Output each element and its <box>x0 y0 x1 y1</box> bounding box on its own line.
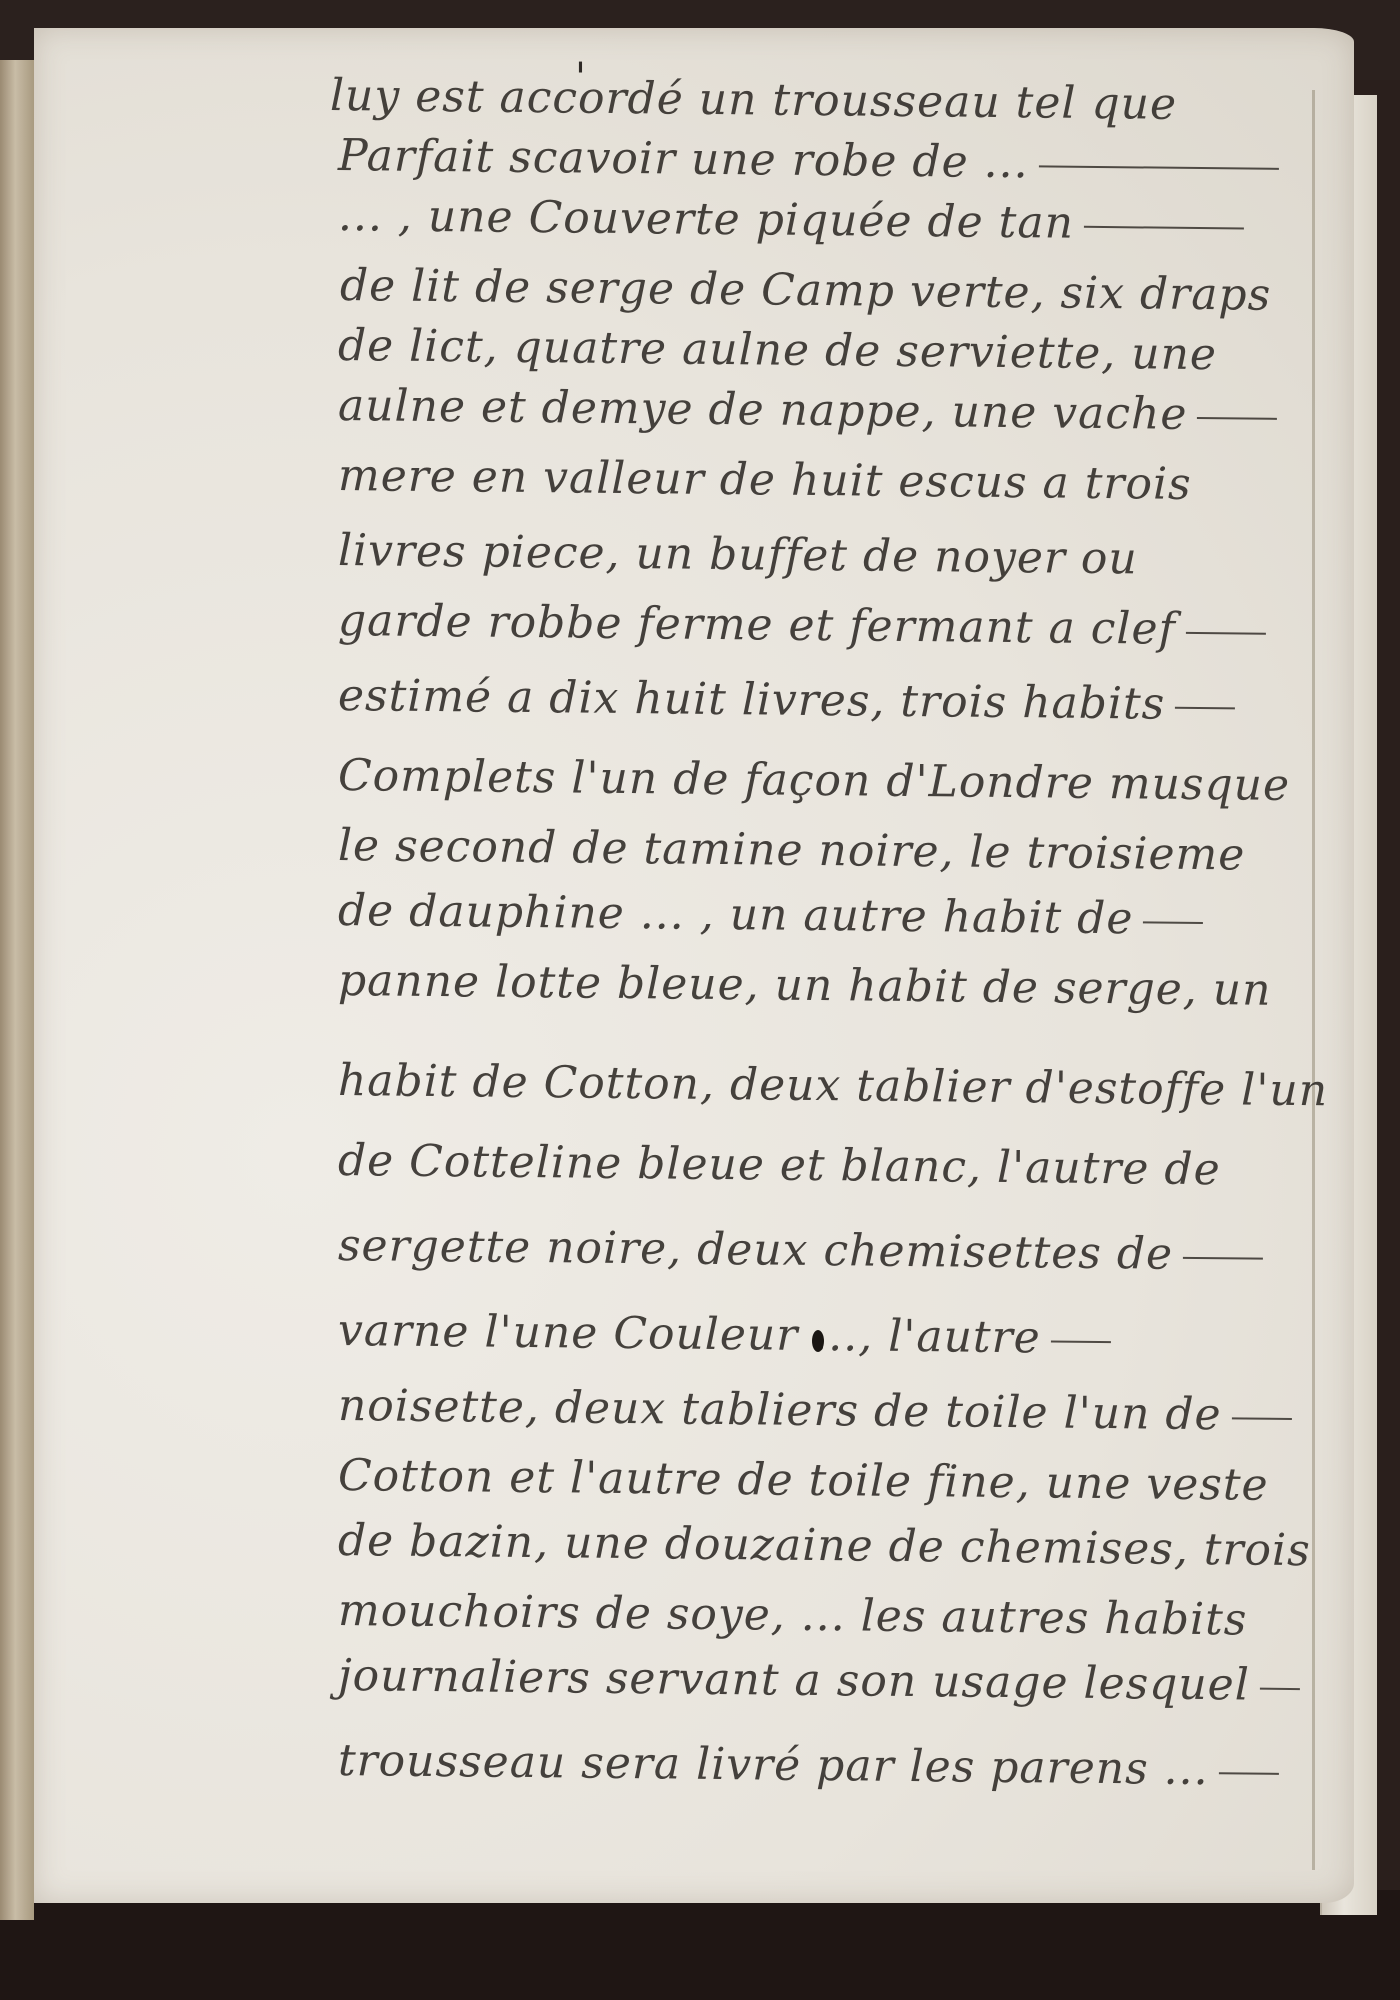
manuscript-line: habit de Cotton, deux tablier d'estoffe … <box>338 1055 1329 1116</box>
line-filler-stroke <box>1183 1256 1263 1259</box>
manuscript-line: mouchoirs de soye, ... les autres habits <box>338 1585 1248 1646</box>
manuscript-line: de Cotteline bleue et blanc, l'autre de <box>338 1135 1221 1195</box>
manuscript-line-text: ... , une Couverte piquée de tan <box>338 190 1074 249</box>
manuscript-line: luy est accordé un trousseau tel que <box>330 70 1178 130</box>
manuscript-line-text: garde robbe ferme et fermant a clef <box>338 595 1176 655</box>
manuscript-line-text: estimé a dix huit livres, trois habits <box>338 670 1166 730</box>
manuscript-line-text: luy est accordé un trousseau tel que <box>330 70 1178 130</box>
manuscript-line: de dauphine ... , un autre habit de <box>338 885 1204 945</box>
manuscript-line: de bazin, une douzaine de chemises, troi… <box>338 1515 1311 1576</box>
manuscript-line-text: Complets l'un de façon d'Londre musque <box>338 750 1291 811</box>
manuscript-line: noisette, deux tabliers de toile l'un de <box>338 1380 1292 1441</box>
manuscript-line: aulne et demye de nappe, une vache <box>338 380 1278 441</box>
manuscript-line-text: varne l'une Couleur ..., l'autre <box>338 1305 1041 1363</box>
manuscript-line-text: de lict, quatre aulne de serviette, une <box>338 320 1218 380</box>
page-fold-line <box>1312 90 1315 1870</box>
manuscript-line-text: mouchoirs de soye, ... les autres habits <box>338 1585 1248 1646</box>
manuscript-line-text: mere en valleur de huit escus a trois <box>338 450 1192 510</box>
manuscript-line-text: livres piece, un buffet de noyer ou <box>338 525 1138 584</box>
manuscript-line-text: habit de Cotton, deux tablier d'estoffe … <box>338 1055 1329 1116</box>
line-filler-stroke <box>1051 1340 1111 1343</box>
manuscript-line: de lit de serge de Camp verte, six draps <box>340 260 1272 321</box>
manuscript-line: Cotton et l'autre de toile fine, une ves… <box>338 1450 1269 1511</box>
line-filler-stroke <box>1232 1417 1292 1420</box>
ink-blot <box>812 1330 824 1352</box>
manuscript-line: sergette noire, deux chemisettes de <box>338 1220 1264 1281</box>
book-cover-bottom <box>0 1890 1400 2000</box>
line-filler-stroke <box>1143 921 1203 924</box>
manuscript-line: le second de tamine noire, le troisieme <box>338 820 1246 880</box>
line-filler-stroke <box>1084 225 1244 229</box>
manuscript-line: panne lotte bleue, un habit de serge, un <box>338 955 1272 1016</box>
line-filler-stroke <box>1186 631 1266 634</box>
manuscript-line-text: panne lotte bleue, un habit de serge, un <box>338 955 1272 1016</box>
manuscript-line: trousseau sera livré par les parens ... <box>338 1735 1279 1796</box>
line-filler-stroke <box>1039 165 1279 170</box>
line-filler-stroke <box>1219 1772 1279 1775</box>
manuscript-line-text: Parfait scavoir une robe de ... <box>338 130 1029 188</box>
manuscript-line: varne l'une Couleur ..., l'autre <box>338 1305 1111 1364</box>
line-filler-stroke <box>1175 706 1235 709</box>
manuscript-line: livres piece, un buffet de noyer ou <box>338 525 1138 584</box>
manuscript-line: estimé a dix huit livres, trois habits <box>338 670 1236 730</box>
manuscript-line-text: sergette noire, deux chemisettes de <box>338 1220 1174 1280</box>
manuscript-line-text: trousseau sera livré par les parens ... <box>338 1735 1209 1795</box>
book-binding-gutter <box>0 60 34 1920</box>
manuscript-line-text: journaliers servant a son usage lesquel <box>338 1650 1250 1711</box>
ink-mark: ' <box>575 55 586 101</box>
manuscript-line-text: le second de tamine noire, le troisieme <box>338 820 1246 880</box>
manuscript-line: garde robbe ferme et fermant a clef <box>338 595 1266 656</box>
manuscript-line-text: Cotton et l'autre de toile fine, une ves… <box>338 1450 1269 1511</box>
line-filler-stroke <box>1197 416 1277 419</box>
manuscript-line-text: de Cotteline bleue et blanc, l'autre de <box>338 1135 1221 1195</box>
manuscript-line-text: aulne et demye de nappe, une vache <box>338 380 1188 440</box>
manuscript-line-text: de dauphine ... , un autre habit de <box>338 885 1134 944</box>
line-filler-stroke <box>1260 1687 1300 1689</box>
manuscript-line: mere en valleur de huit escus a trois <box>338 450 1192 510</box>
manuscript-line: Parfait scavoir une robe de ... <box>338 130 1279 191</box>
manuscript-line: de lict, quatre aulne de serviette, une <box>338 320 1218 380</box>
manuscript-line-text: de lit de serge de Camp verte, six draps <box>340 260 1272 321</box>
manuscript-line-text: de bazin, une douzaine de chemises, troi… <box>338 1515 1311 1576</box>
manuscript-line: journaliers servant a son usage lesquel <box>338 1650 1300 1711</box>
manuscript-line: Complets l'un de façon d'Londre musque <box>338 750 1291 811</box>
manuscript-line-text: noisette, deux tabliers de toile l'un de <box>338 1380 1222 1440</box>
manuscript-line: ... , une Couverte piquée de tan <box>338 190 1244 250</box>
